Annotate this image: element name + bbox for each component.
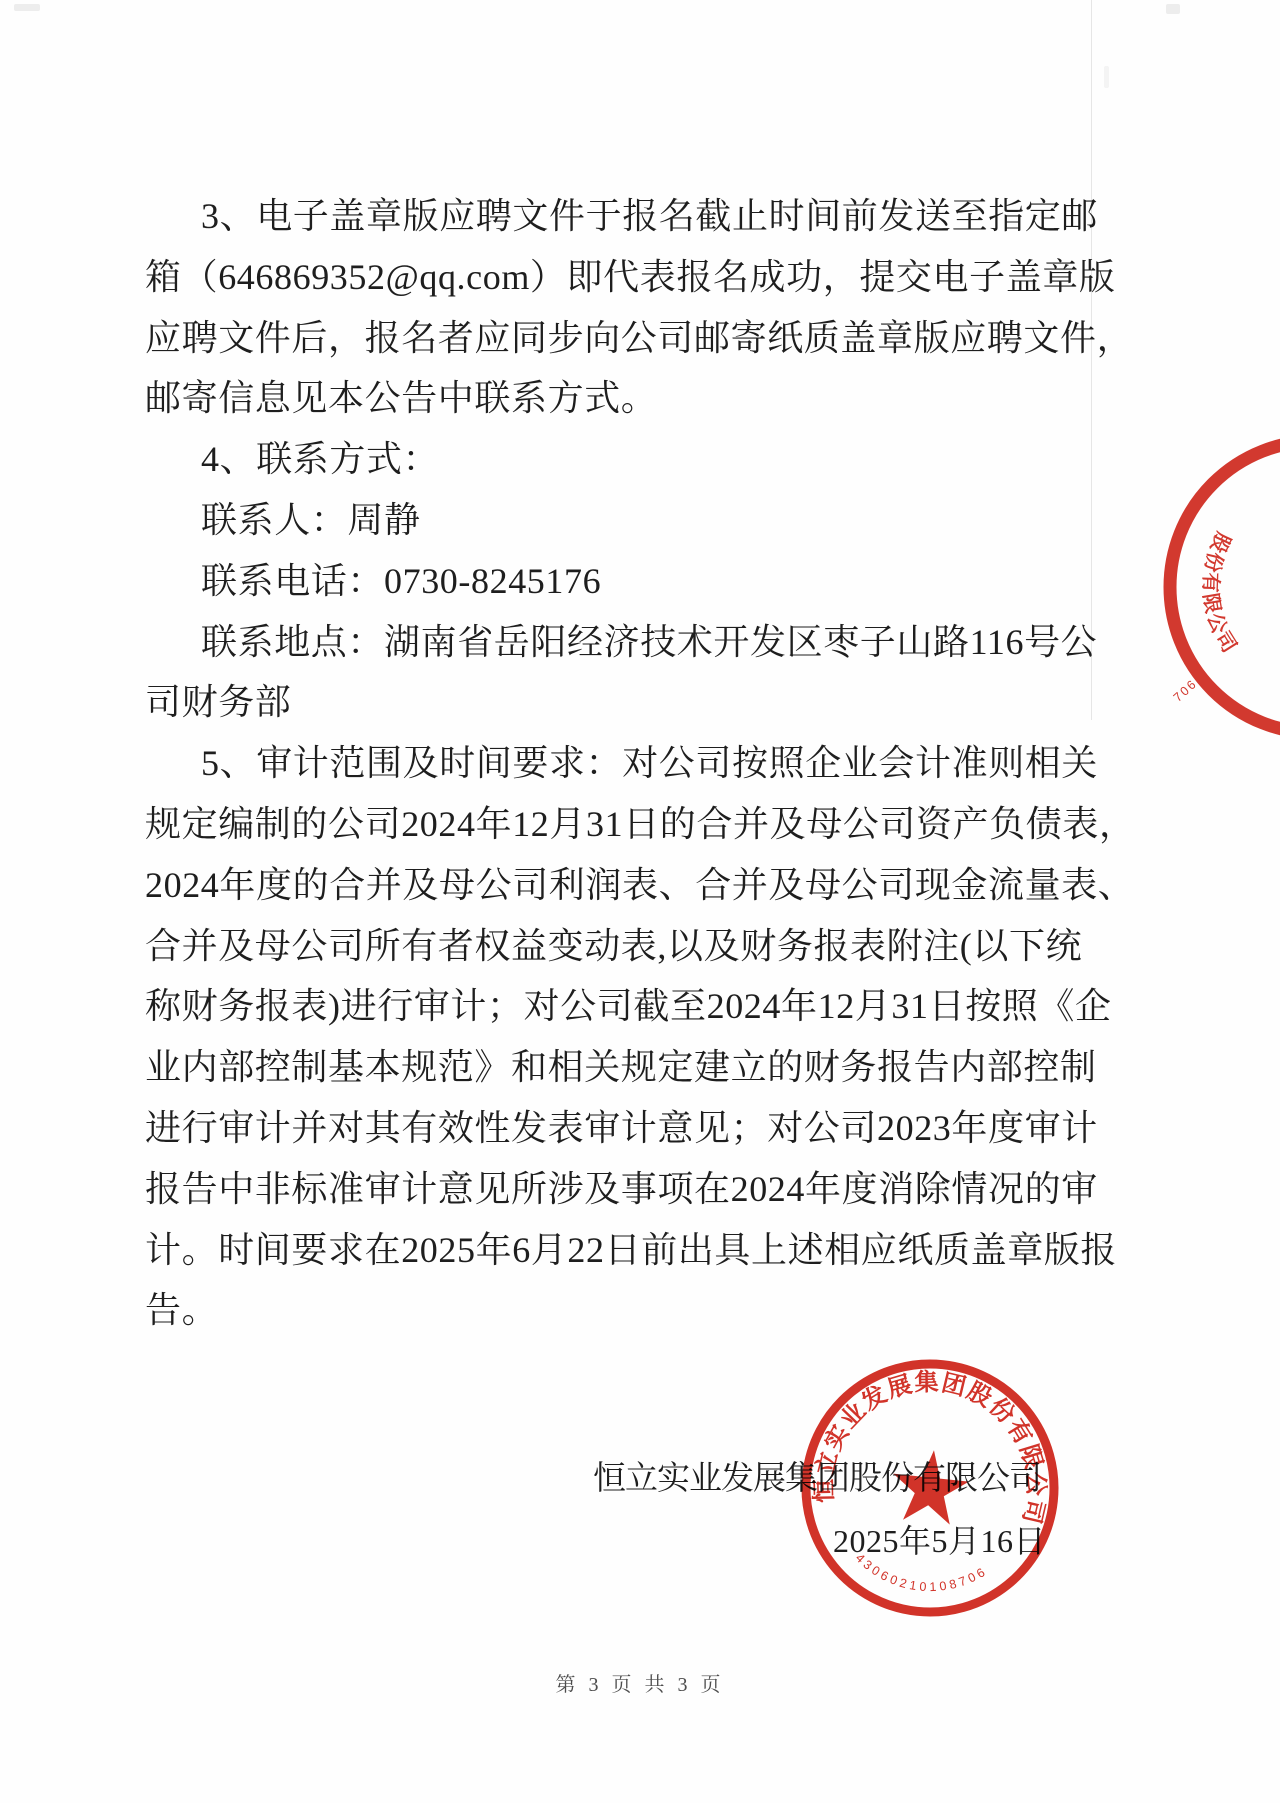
document-line: 箱（646869352@qq.com）即代表报名成功，提交电子盖章版 — [145, 247, 990, 308]
page-number: 第 3 页 共 3 页 — [0, 1668, 1280, 1697]
document-line: 5、审计范围及时间要求：对公司按照企业会计准则相关 — [145, 733, 990, 794]
scan-smudge — [14, 4, 40, 11]
document-line: 告。 — [145, 1280, 990, 1341]
scan-smudge — [1166, 4, 1180, 14]
document-line: 报告中非标准审计意见所涉及事项在2024年度消除情况的审 — [145, 1159, 990, 1220]
document-line: 联系地点：湖南省岳阳经济技术开发区枣子山路116号公 — [145, 612, 990, 673]
document-line: 联系电话：0730-8245176 — [145, 551, 990, 612]
document-line: 合并及母公司所有者权益变动表,以及财务报表附注(以下统 — [145, 916, 990, 977]
document-line: 称财务报表)进行审计；对公司截至2024年12月31日按照《企 — [145, 976, 990, 1037]
edge-seal-characters: 股份有限公司 — [1199, 529, 1242, 659]
company-seal: 恒立实业发展集团股份有限公司 43060210108706 — [776, 1334, 1084, 1642]
scan-smudge — [1104, 66, 1109, 88]
star-icon — [889, 1446, 972, 1526]
document-line: 司财务部 — [145, 672, 990, 733]
edge-company-seal: 股份有限公司 706 — [1030, 400, 1280, 780]
document-body: 3、电子盖章版应聘文件于报名截止时间前发送至指定邮 箱（646869352@qq… — [145, 186, 990, 1341]
document-line: 进行审计并对其有效性发表审计意见；对公司2023年度审计 — [145, 1098, 990, 1159]
document-line: 业内部控制基本规范》和相关规定建立的财务报告内部控制 — [145, 1037, 990, 1098]
document-page: 3、电子盖章版应聘文件于报名截止时间前发送至指定邮 箱（646869352@qq… — [0, 0, 1280, 1803]
document-line: 应聘文件后，报名者应同步向公司邮寄纸质盖章版应聘文件， — [145, 308, 990, 369]
document-line: 4、联系方式： — [145, 429, 990, 490]
document-line: 计。时间要求在2025年6月22日前出具上述相应纸质盖章版报 — [145, 1220, 990, 1281]
document-line: 联系人：周静 — [145, 490, 990, 551]
document-line: 邮寄信息见本公告中联系方式。 — [145, 368, 990, 429]
document-line: 3、电子盖章版应聘文件于报名截止时间前发送至指定邮 — [145, 186, 990, 247]
document-line: 规定编制的公司2024年12月31日的合并及母公司资产负债表， — [145, 794, 990, 855]
document-line: 2024年度的合并及母公司利润表、合并及母公司现金流量表、 — [145, 855, 990, 916]
